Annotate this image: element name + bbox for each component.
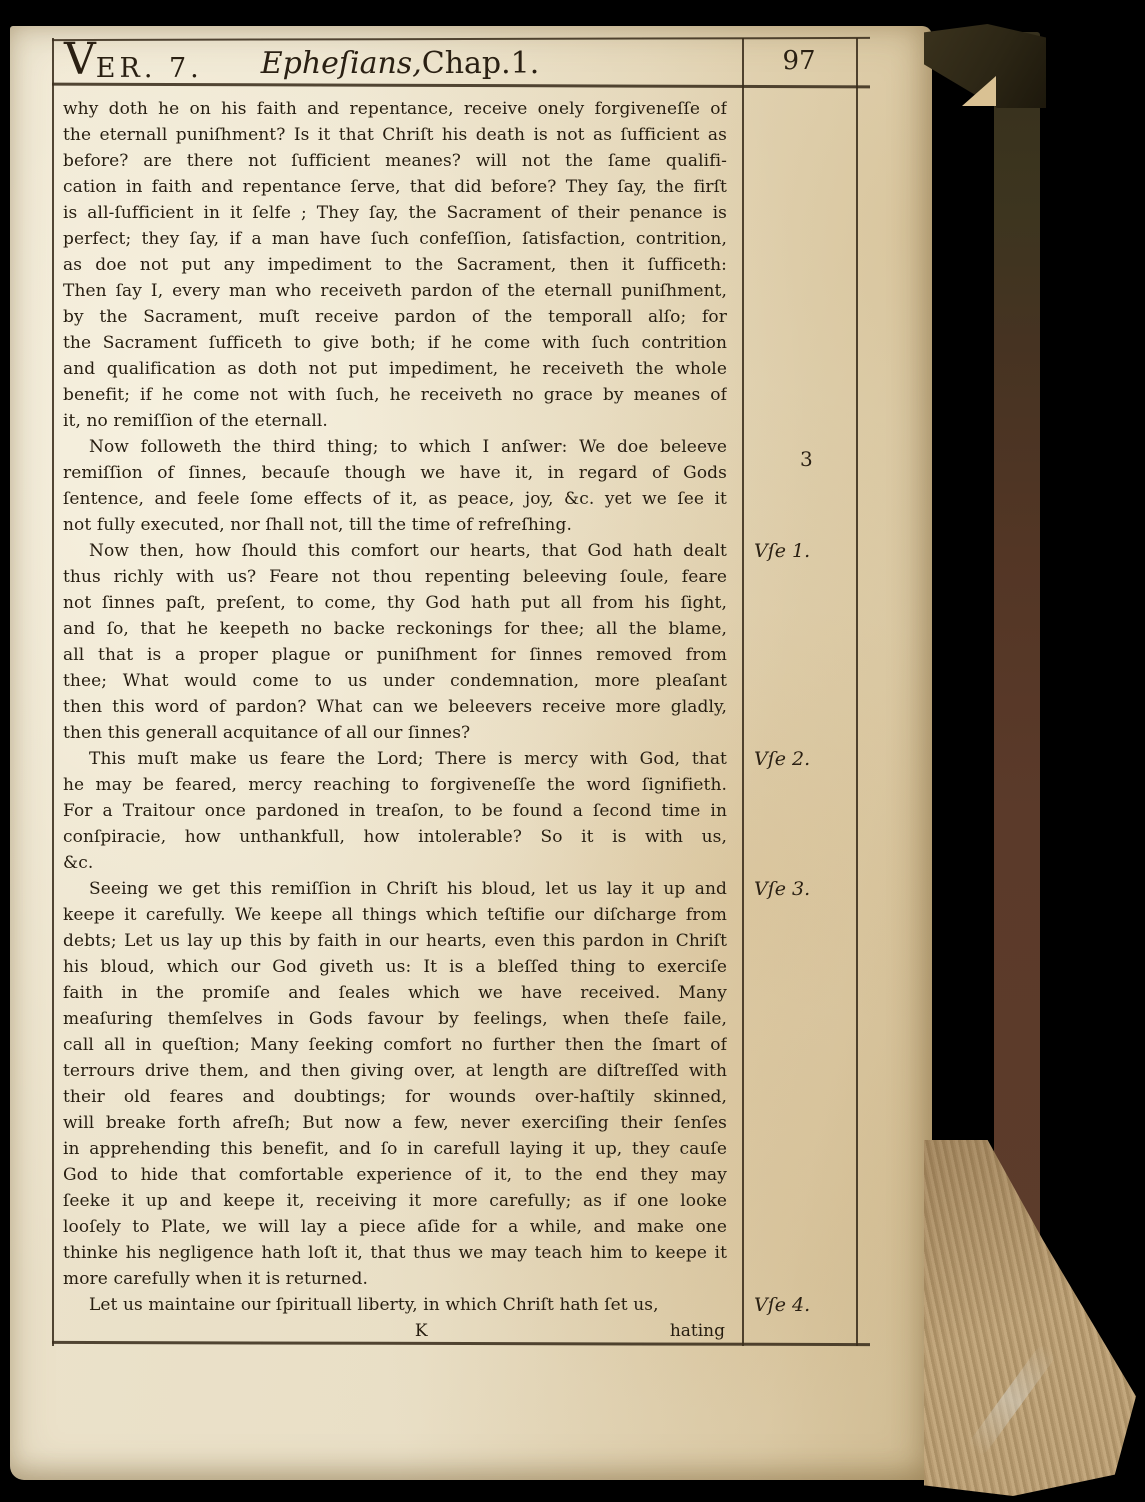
page-number: 97 [742,46,856,76]
book-scan: { "header": { "verse_label_initial": "V"… [0,0,1145,1502]
verse-label-rest: ER. 7. [96,53,203,84]
text-line: &c. [63,850,727,876]
paragraph: This muſt make us feare the Lord; There … [63,746,727,876]
text-line: ſentence, and feele ſome effects of it, … [63,486,727,512]
paragraph: Now then, how ſhould this comfort our he… [63,538,727,746]
verse-label-initial: V [64,34,96,85]
text-line: thee; What would come to us under condem… [63,668,727,694]
text-line: not ſinnes paſt, preſent, to come, thy G… [63,590,727,616]
text-line: all that is a proper plague or puniſhmen… [63,642,727,668]
text-line: God to hide that comfortable experience … [63,1162,727,1188]
paragraph: why doth he on his faith and repentance,… [63,96,727,434]
text-line: as doe not put any impediment to the Sac… [63,252,727,278]
margin-note: Vſe 2. [754,748,810,770]
text-line: and ſo, that he keepeth no backe reckoni… [63,616,727,642]
text-line: before? are there not ſufficient meanes?… [63,148,727,174]
book-cover-edge [994,32,1040,1332]
text-line: looſely to Plate, we will lay a piece aſ… [63,1214,727,1240]
text-line: meaſuring themſelves in Gods favour by f… [63,1006,727,1032]
text-line: it, no remiſſion of the eternall. [63,408,727,434]
margin-column: 3Vſe 1.Vſe 2.Vſe 3.Vſe 4. [742,96,856,1346]
text-line: terrours drive them, and then giving ove… [63,1058,727,1084]
verse-label: VER. 7. [64,40,203,84]
text-line: debts; Let us lay up this by faith in ou… [63,928,727,954]
text-line: Then ſay I, every man who receiveth pard… [63,278,727,304]
text-line: ſeeke it up and keepe it, receiving it m… [63,1188,727,1214]
text-line: then this word of pardon? What can we be… [63,694,727,720]
text-line: his bloud, which our God giveth us: It i… [63,954,727,980]
paragraph: Let us maintaine our ſpirituall liberty,… [63,1292,727,1318]
text-line: and qualification as doth not put impedi… [63,356,727,382]
running-title-book: Epheſians, [261,46,422,81]
running-title: Epheſians,Chap.1. [240,46,560,81]
paragraph: Seeing we get this remiſſion in Chriſt h… [63,876,727,1292]
text-line: Let us maintaine our ſpirituall liberty,… [63,1292,727,1318]
margin-note: Vſe 3. [754,878,810,900]
text-line: will breake forth afreſh; But now a few,… [63,1110,727,1136]
text-line: by the Sacrament, muſt receive pardon of… [63,304,727,330]
text-line: keepe it carefully. We keepe all things … [63,902,727,928]
text-line: more carefully when it is returned. [63,1266,727,1292]
frame-rule-right [856,38,858,1346]
text-line: Seeing we get this remiſſion in Chriſt h… [63,876,727,902]
text-line: thinke his negligence hath loſt it, that… [63,1240,727,1266]
text-line: their old feares and doubtings; for woun… [63,1084,727,1110]
text-line: This muſt make us feare the Lord; There … [63,746,727,772]
text-line: conſpiracie, how unthankfull, how intole… [63,824,727,850]
text-line: Now then, how ſhould this comfort our he… [63,538,727,564]
margin-note: Vſe 1. [754,540,810,562]
text-line: then this generall acquitance of all our… [63,720,727,746]
text-line: remiſſion of ſinnes, becauſe though we h… [63,460,727,486]
text-line: the eternall puniſhment? Is it that Chri… [63,122,727,148]
text-line: Now followeth the third thing; to which … [63,434,727,460]
running-title-chapter: Chap.1. [422,46,540,81]
margin-note: Vſe 4. [754,1294,810,1316]
text-line: benefit; if he come not with ſuch, he re… [63,382,727,408]
signature-mark: K [415,1318,428,1344]
margin-note: 3 [800,448,813,470]
text-line: thus richly with us? Feare not thou repe… [63,564,727,590]
text-line: call all in queſtion; Many ſeeking comfo… [63,1032,727,1058]
signature-line: Khating [63,1318,727,1344]
paragraph: Now followeth the third thing; to which … [63,434,727,538]
text-line: in apprehending this benefit, and ſo in … [63,1136,727,1162]
text-line: is all-ſufficient in it ſelfe ; They ſay… [63,200,727,226]
text-line: he may be feared, mercy reaching to forg… [63,772,727,798]
frame-rule-left [52,38,54,1346]
text-line: why doth he on his faith and repentance,… [63,96,727,122]
text-line: For a Traitour once pardoned in treaſon,… [63,798,727,824]
text-line: perfect; they ſay, if a man have ſuch co… [63,226,727,252]
text-line: faith in the promiſe and ſeales which we… [63,980,727,1006]
text-column: why doth he on his faith and repentance,… [63,96,727,1346]
catchword: hating [670,1318,725,1344]
text-line: cation in faith and repentance ſerve, th… [63,174,727,200]
text-line: the Sacrament ſufficeth to give both; if… [63,330,727,356]
text-line: not fully executed, nor ſhall not, till … [63,512,727,538]
